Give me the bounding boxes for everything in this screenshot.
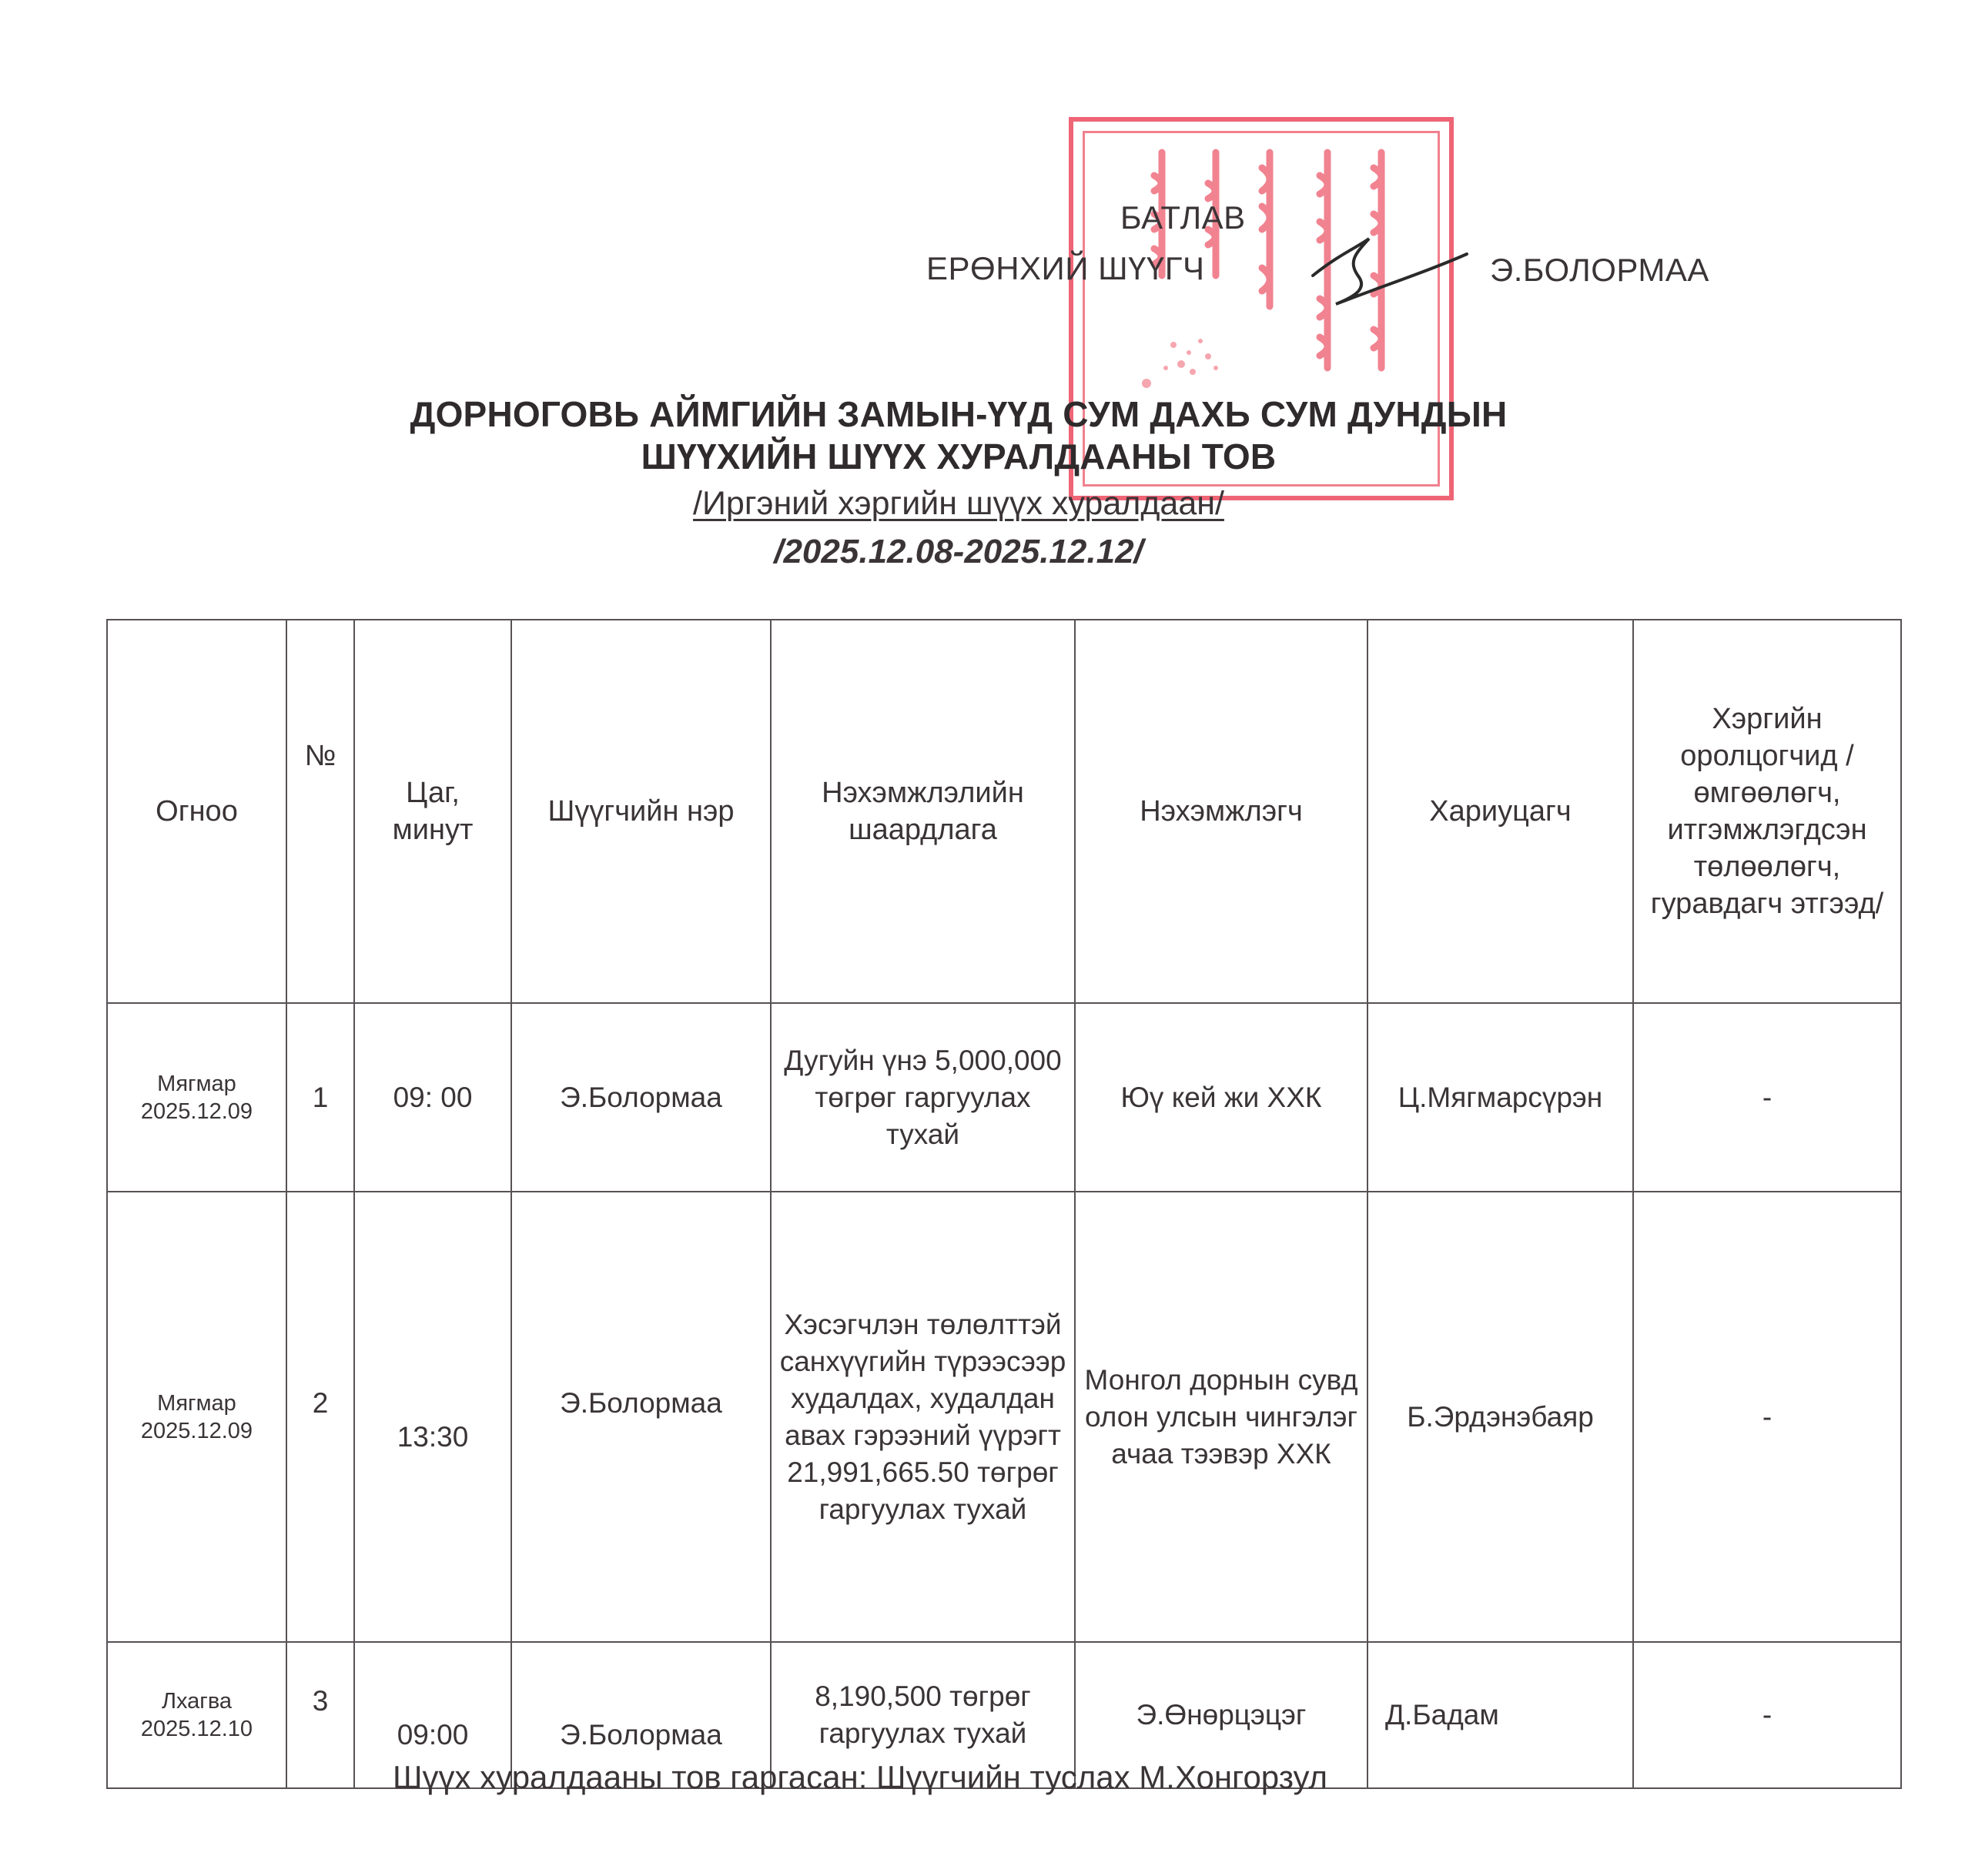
date: 2025.12.09 [115, 1417, 278, 1445]
hearing-number: 1 [286, 1003, 354, 1192]
approver-role: ЕРӨНХИЙ ШҮҮГЧ [926, 252, 1205, 285]
hearing-date: Мягмар2025.12.09 [107, 1003, 286, 1192]
hearing-date: Мягмар2025.12.09 [107, 1192, 286, 1642]
date: 2025.12.09 [115, 1098, 278, 1125]
plaintiff: Юү кей жи ХХК [1075, 1003, 1367, 1192]
hearing-time-text: 13:30 [397, 1421, 469, 1453]
col-header-claim: Нэхэмжлэлийн шаардлага [771, 620, 1075, 1003]
col-header-judge: Шүүгчийн нэр [511, 620, 771, 1003]
col-header-number: № [286, 620, 354, 1003]
signature-icon [1232, 216, 1494, 343]
plaintiff: Монгол дорнын сувд олон улсын чингэлэг а… [1075, 1192, 1367, 1642]
judge-name-text: Э.Болормаа [560, 1719, 722, 1751]
table-row: Мягмар2025.12.09 1 09: 00 Э.Болормаа Дуг… [107, 1003, 1901, 1192]
hearing-number-text: 2 [313, 1387, 329, 1419]
page-title-line-2: ШҮҮХИЙН ШҮҮХ ХУРАЛДААНЫ ТОВ [0, 439, 1917, 474]
col-header-defendant: Хариуцагч [1367, 620, 1633, 1003]
date: 2025.12.10 [115, 1715, 278, 1743]
table-header-row: Огноо № Цаг, минут Шүүгчийн нэр Нэхэмжлэ… [107, 620, 1901, 1003]
weekday: Лхагва [115, 1687, 278, 1715]
claim: Хэсэгчлэн төлөлттэй санхүүгийн түрээсээр… [771, 1192, 1075, 1642]
weekday: Мягмар [115, 1070, 278, 1098]
hearing-time-text: 09:00 [397, 1719, 469, 1751]
hearing-number-text: 3 [313, 1685, 329, 1717]
col-header-date: Огноо [107, 620, 286, 1003]
claim: Дугуйн үнэ 5,000,000 төгрөг гаргуулах ту… [771, 1003, 1075, 1192]
defendant: Ц.Мягмарсүрэн [1367, 1003, 1633, 1192]
col-header-participants: Хэргийн оролцогчид /өмгөөлөгч, итгэмжлэг… [1633, 620, 1901, 1003]
judge-name: Э.Болормаа [511, 1192, 771, 1642]
weekday: Мягмар [115, 1389, 278, 1417]
hearing-date: Лхагва2025.12.10 [107, 1642, 286, 1788]
case-type-text: /Иргэний хэргийн шүүх хуралдаан/ [693, 485, 1224, 522]
defendant: Б.Эрдэнэбаяр [1367, 1192, 1633, 1642]
hearing-schedule-table: Огноо № Цаг, минут Шүүгчийн нэр Нэхэмжлэ… [106, 619, 1902, 1789]
approval-label: БАТЛАВ [1120, 202, 1246, 234]
hearing-number: 2 [286, 1192, 354, 1642]
hearing-number: 3 [286, 1642, 354, 1788]
case-type-subtitle: /Иргэний хэргийн шүүх хуралдаан/ [0, 485, 1917, 523]
defendant: Д.Бадам [1367, 1642, 1633, 1788]
judge-name: Э.Болормаа [511, 1003, 771, 1192]
participants: - [1633, 1642, 1901, 1788]
hearing-time: 09: 00 [354, 1003, 511, 1192]
col-header-plaintiff: Нэхэмжлэгч [1075, 620, 1367, 1003]
participants: - [1633, 1003, 1901, 1192]
participants: - [1633, 1192, 1901, 1642]
judge-name-text: Э.Болормаа [560, 1387, 722, 1419]
col-header-time: Цаг, минут [354, 620, 511, 1003]
hearing-time: 13:30 [354, 1192, 511, 1642]
approver-name: Э.БОЛОРМАА [1490, 254, 1709, 286]
schedule-period: /2025.12.08-2025.12.12/ [0, 533, 1917, 571]
page-title-line-1: ДОРНОГОВЬ АЙМГИЙН ЗАМЫН-ҮҮД СУМ ДАХЬ СУМ… [0, 396, 1917, 432]
prepared-by-note: Шүүх хуралдааны тов гаргасан: Шүүгчийн т… [393, 1759, 1327, 1796]
table-row: Мягмар2025.12.09 2 13:30 Э.Болормаа Хэсэ… [107, 1192, 1901, 1642]
